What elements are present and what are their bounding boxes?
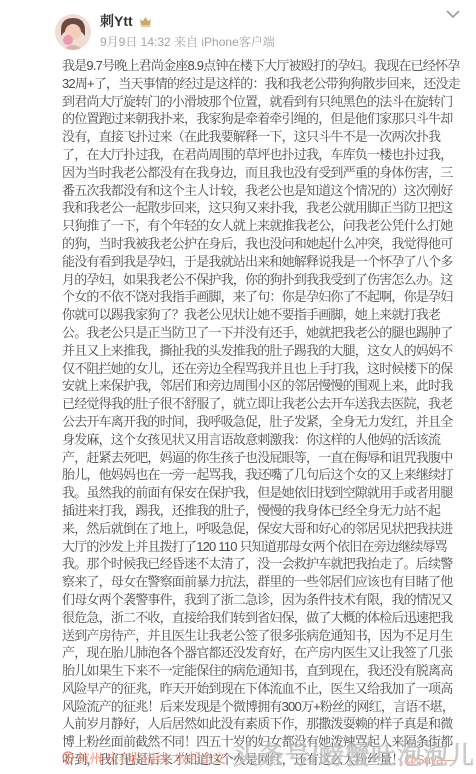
post-body: 我是9.7号晚上君尚金座8.9点钟在楼下大厅被殴打的孕妇。我现在已经怀孕32周+…: [62, 57, 460, 769]
chevron-up-icon[interactable]: [233, 754, 244, 761]
post-footer: 杭州·庆春路沿线 收起全文: [62, 748, 244, 767]
user-avatar[interactable]: [55, 14, 91, 50]
post-header: 刺Ytt 9月9日 14:32 来自 iPhone客户端: [0, 0, 476, 57]
location-pin-icon: [62, 751, 74, 765]
location-link[interactable]: 杭州·庆春路沿线: [77, 748, 168, 767]
post-timestamp: 9月9日 14:32 来自 iPhone客户端: [100, 34, 275, 50]
post-body-text: 我是9.7号晚上君尚金座8.9点钟在楼下大厅被殴打的孕妇。我现在已经怀孕32周+…: [62, 58, 460, 767]
username[interactable]: 刺Ytt: [100, 13, 133, 29]
chevron-down-icon[interactable]: [444, 5, 462, 23]
mention-link[interactable]: @Saya—: [404, 752, 455, 767]
vip-crown-icon: [139, 16, 152, 27]
avatar-image: [55, 14, 91, 50]
collapse-full-text-link[interactable]: 收起全文: [175, 748, 225, 767]
weibo-post-card: 刺Ytt 9月9日 14:32 来自 iPhone客户端 我是9.7号晚上君尚金…: [0, 0, 476, 774]
